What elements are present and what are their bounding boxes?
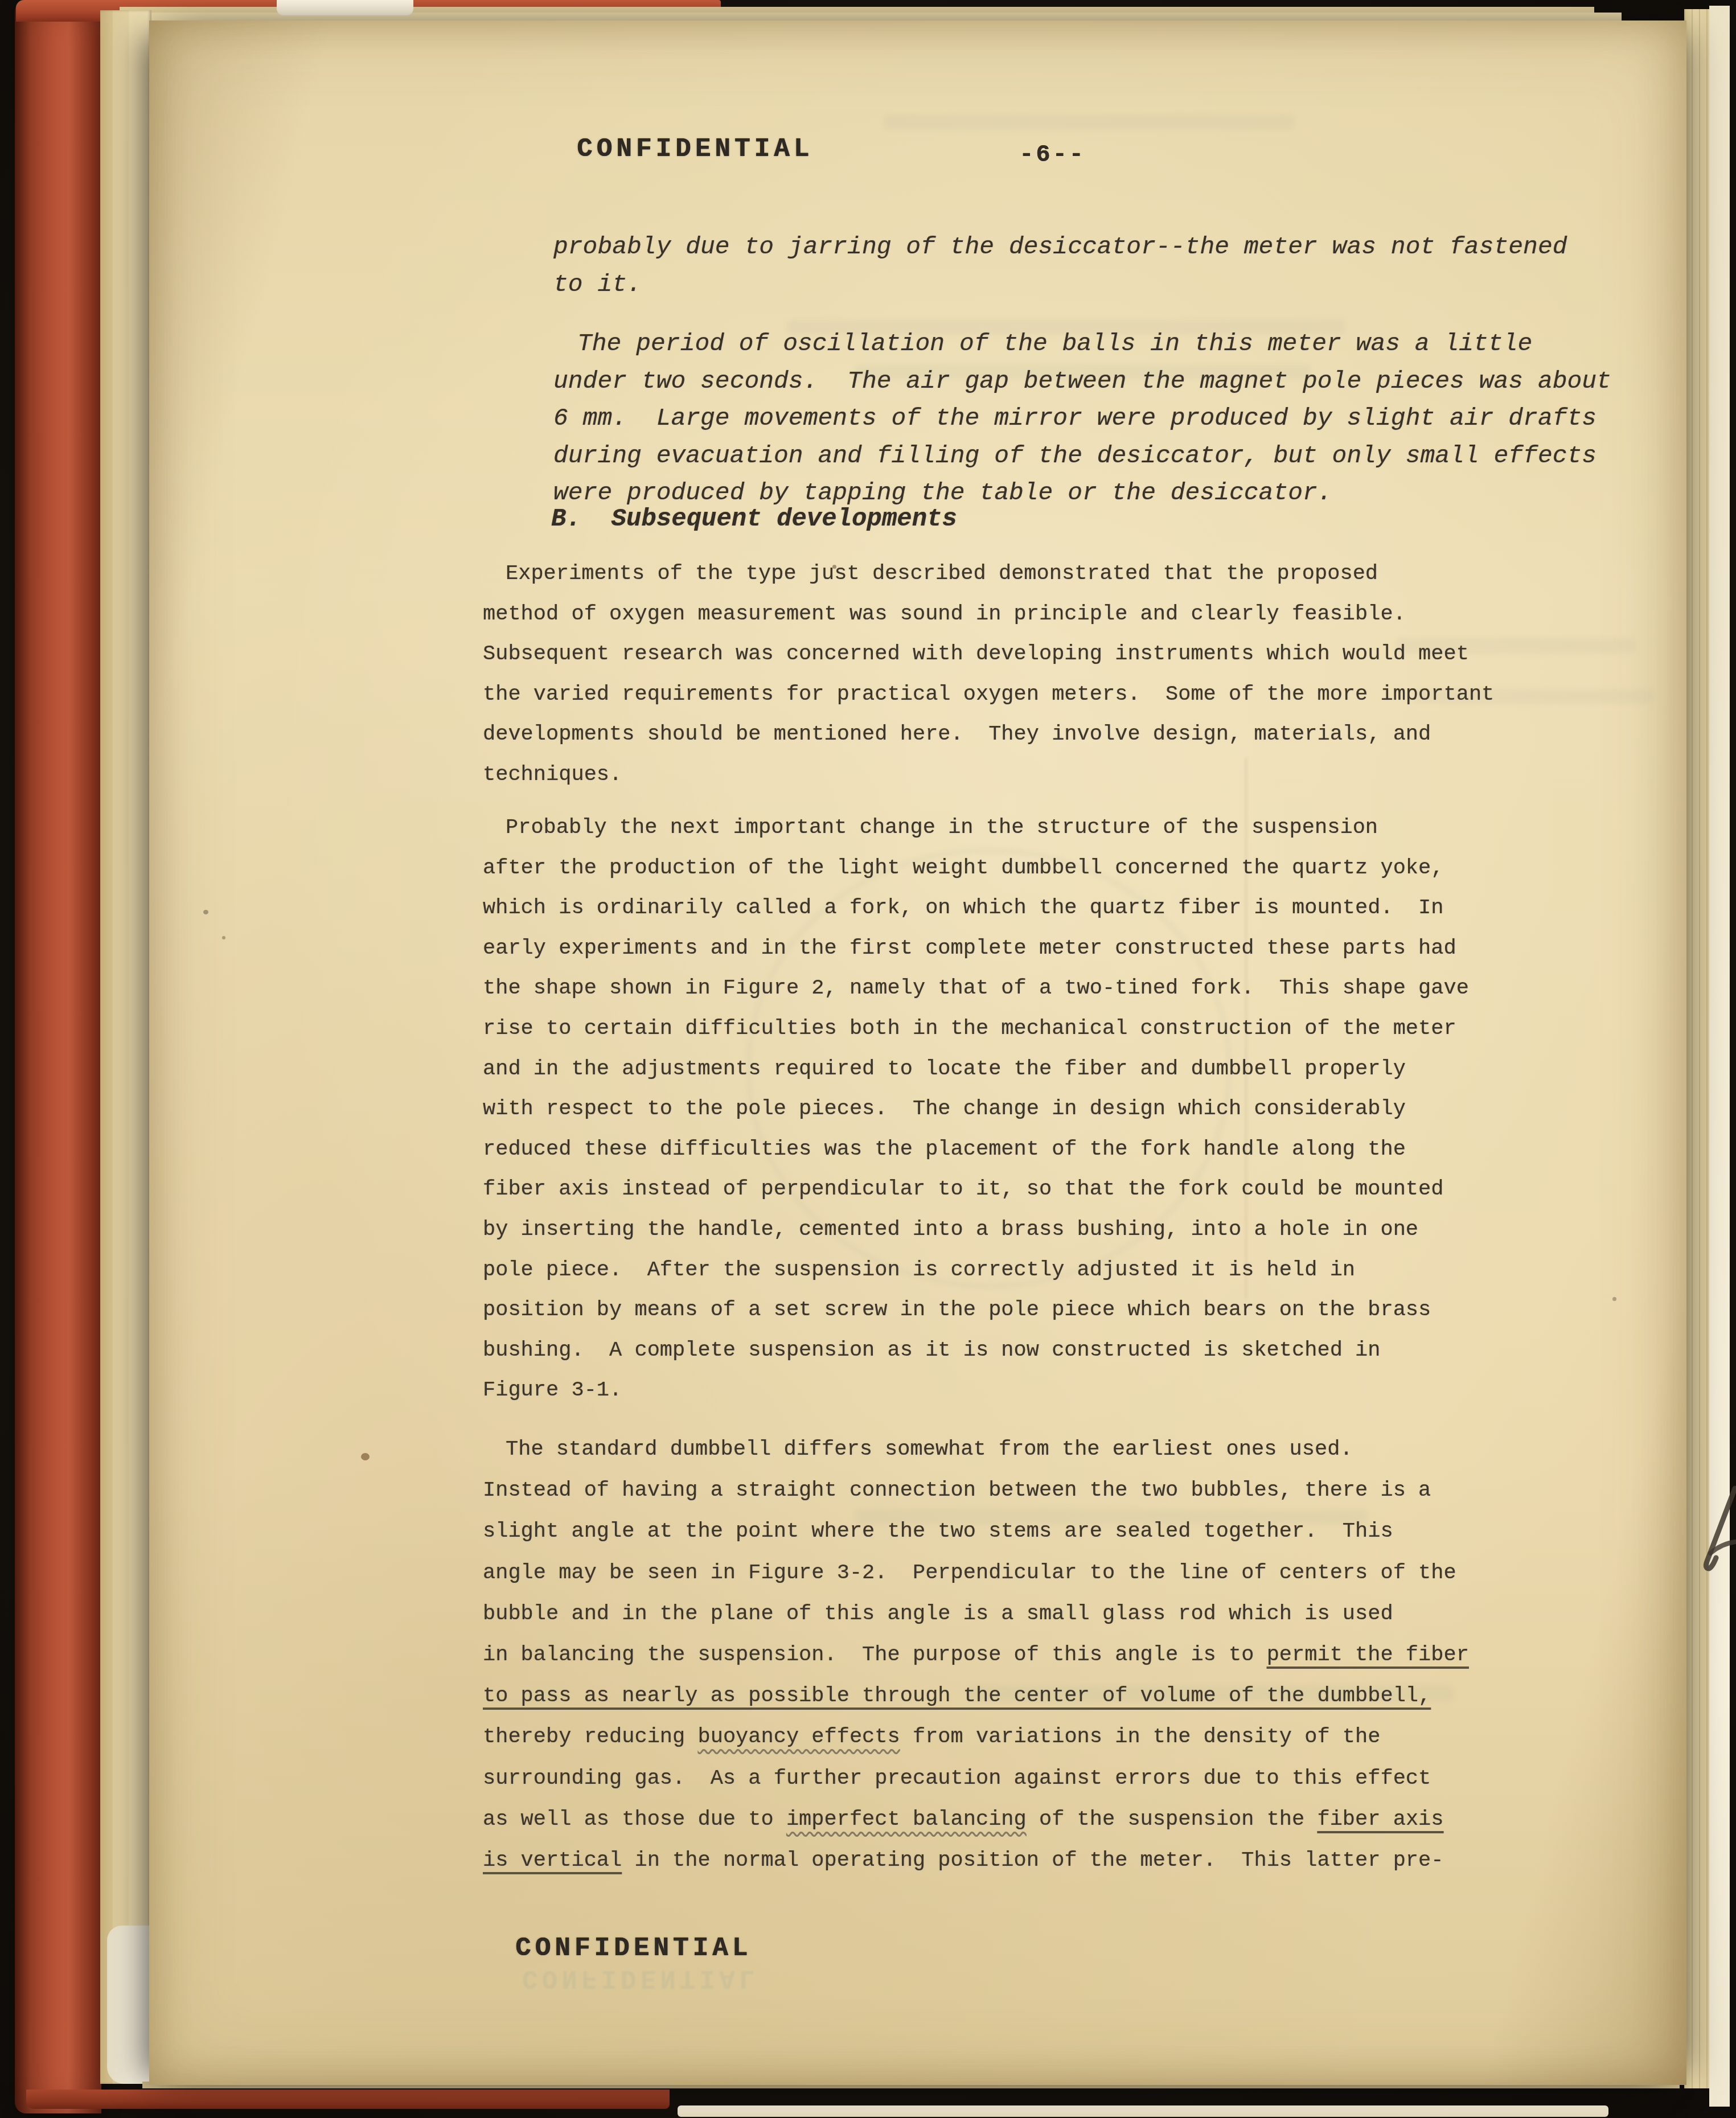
- page-stack-left-edge: [100, 10, 151, 2084]
- stain-speck: [361, 1453, 370, 1460]
- text-line: during evacuation and filling of the des…: [553, 437, 1611, 475]
- text-line: to it.: [553, 266, 1567, 303]
- text-line: to pass as nearly as possible through th…: [483, 1676, 1469, 1717]
- text-line: the shape shown in Figure 2, namely that…: [483, 968, 1469, 1009]
- book-cover-spine: [15, 0, 101, 2113]
- page-number: -6--: [1019, 141, 1086, 169]
- text-line: in balancing the suspension. The purpose…: [483, 1635, 1469, 1676]
- page-corner-sliver-bottom: [678, 2105, 1608, 2117]
- text-line: which is ordinarily called a fork, on wh…: [483, 888, 1469, 929]
- stain-speck: [203, 910, 208, 914]
- bleed-through-text: [884, 114, 1294, 129]
- text-line: with respect to the pole pieces. The cha…: [483, 1089, 1469, 1130]
- paragraph-body-2: Probably the next important change in th…: [483, 808, 1469, 1411]
- text-line: Subsequent research was concerned with d…: [483, 634, 1494, 675]
- document-page: CONFIDENTIAL -6-- probably due to jarrin…: [149, 20, 1686, 2085]
- book-cover-bottom-edge: [26, 2090, 670, 2109]
- handwritten-annotation-mark: [1701, 1485, 1736, 1574]
- text-line: is vertical in the normal operating posi…: [483, 1840, 1469, 1881]
- text-line: pole piece. After the suspension is corr…: [483, 1250, 1469, 1291]
- text-line: under two seconds. The air gap between t…: [553, 363, 1611, 400]
- text-line: method of oxygen measurement was sound i…: [483, 594, 1494, 635]
- text-line: techniques.: [483, 755, 1494, 795]
- text-line: rise to certain difficulties both in the…: [483, 1009, 1469, 1049]
- text-line: Instead of having a straight connection …: [483, 1470, 1469, 1511]
- text-line: and in the adjustments required to locat…: [483, 1049, 1469, 1090]
- text-line: position by means of a set screw in the …: [483, 1290, 1469, 1331]
- stain-speck: [1612, 1297, 1616, 1301]
- text-line: developments should be mentioned here. T…: [483, 715, 1494, 755]
- text-line: bushing. A complete suspension as it is …: [483, 1331, 1469, 1371]
- text-line: by inserting the handle, cemented into a…: [483, 1210, 1469, 1250]
- page-edge-white-right: [1709, 6, 1730, 2107]
- text-line: B. Subsequent developments: [551, 503, 957, 535]
- text-line: surrounding gas. As a further precaution…: [483, 1758, 1469, 1799]
- paragraph-body-1: Experiments of the type just described d…: [483, 554, 1494, 795]
- page-corner-sliver-top: [277, 0, 413, 15]
- paragraph-quote-2: The period of oscillation of the balls i…: [553, 325, 1611, 512]
- text-line: The standard dumbbell differs somewhat f…: [483, 1429, 1469, 1470]
- text-line: Figure 3-1.: [483, 1370, 1469, 1411]
- confidential-stamp-bottom: CONFIDENTIAL: [515, 1934, 752, 1963]
- section-heading: B. Subsequent developments: [551, 503, 957, 535]
- page-stack-right-edge: [1684, 9, 1710, 2088]
- confidential-stamp-bleed: CONFIDENTIAL: [522, 1963, 758, 1993]
- text-line: angle may be seen in Figure 3-2. Perpend…: [483, 1553, 1469, 1594]
- text-line: reduced these difficulties was the place…: [483, 1130, 1469, 1170]
- page-corner-sliver-bottom-left: [107, 1926, 153, 2084]
- text-line: the varied requirements for practical ox…: [483, 675, 1494, 715]
- text-line: slight angle at the point where the two …: [483, 1511, 1469, 1552]
- stain-speck: [222, 936, 225, 939]
- text-line: fiber axis instead of perpendicular to i…: [483, 1169, 1469, 1210]
- text-line: as well as those due to imperfect balanc…: [483, 1799, 1469, 1840]
- text-line: The period of oscillation of the balls i…: [553, 325, 1611, 363]
- scanned-book-photo: { "palette": { "background": "#17130e", …: [0, 0, 1736, 2118]
- confidential-stamp-top: CONFIDENTIAL: [577, 134, 813, 164]
- text-line: early experiments and in the first compl…: [483, 929, 1469, 969]
- text-line: after the production of the light weight…: [483, 848, 1469, 889]
- text-line: thereby reducing buoyancy effects from v…: [483, 1717, 1469, 1758]
- text-line: 6 mm. Large movements of the mirror were…: [553, 400, 1611, 437]
- text-line: Experiments of the type just described d…: [483, 554, 1494, 594]
- text-line: bubble and in the plane of this angle is…: [483, 1594, 1469, 1635]
- paragraph-quote-1: probably due to jarring of the desiccato…: [553, 228, 1567, 303]
- text-line: probably due to jarring of the desiccato…: [553, 228, 1567, 266]
- text-line: Probably the next important change in th…: [483, 808, 1469, 848]
- paragraph-body-3: The standard dumbbell differs somewhat f…: [483, 1429, 1469, 1881]
